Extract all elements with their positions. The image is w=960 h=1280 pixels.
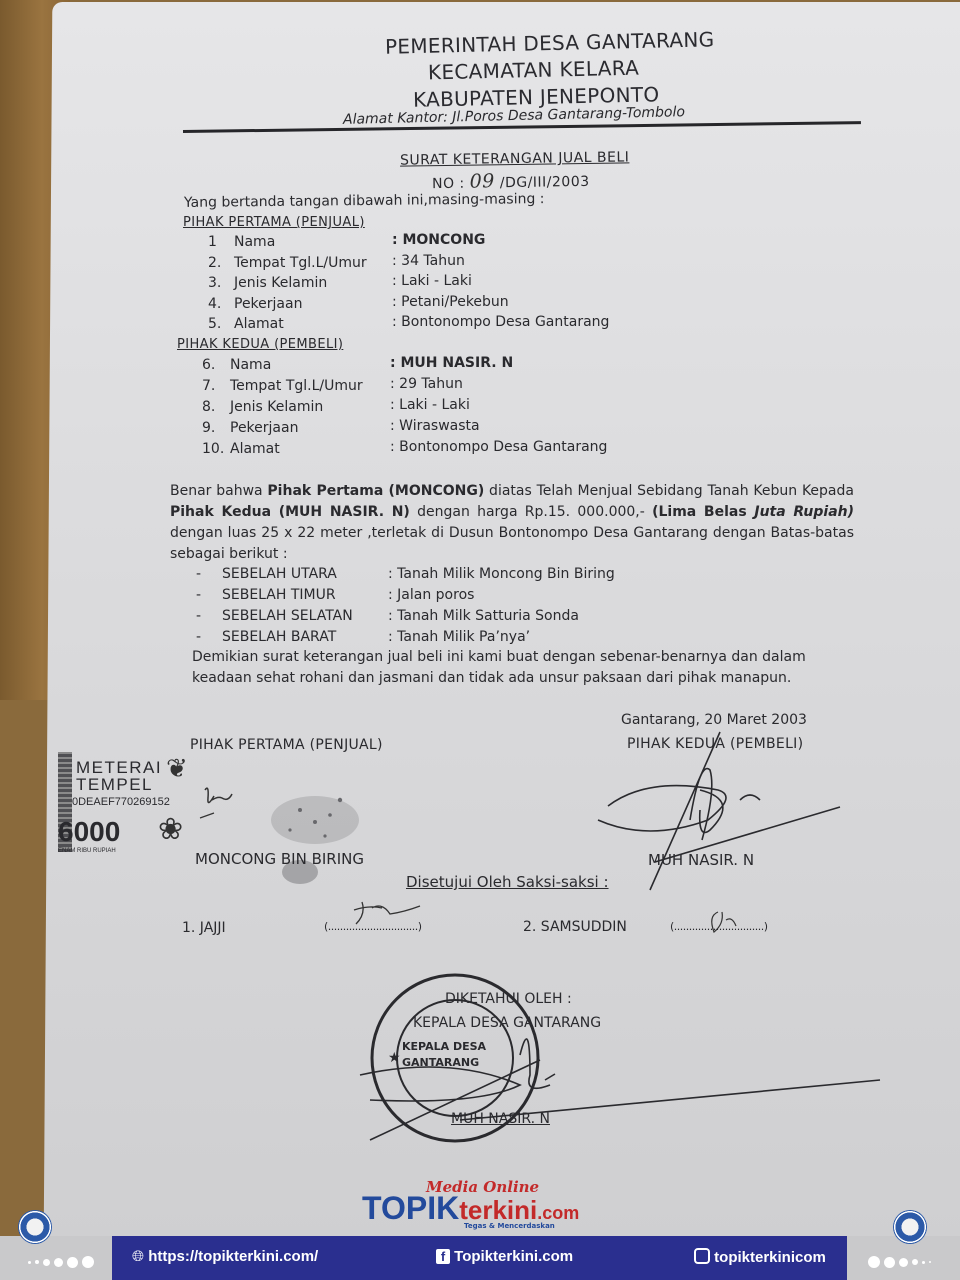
known-by: DIKETAHUI OLEH : — [445, 991, 572, 1007]
footer-website-label: https://topikterkini.com/ — [148, 1248, 318, 1265]
instagram-icon — [694, 1248, 710, 1264]
witness-1-label: 1. JAJJI — [182, 920, 226, 936]
witness-2-label: 2. SAMSUDDIN — [523, 919, 627, 935]
head-title: KEPALA DESA GANTARANG — [413, 1015, 601, 1031]
watermark-brand-b: terkini — [459, 1195, 537, 1225]
svg-text:★: ★ — [388, 1050, 401, 1066]
thumbprint — [271, 796, 359, 884]
witness-1-blank: (..............................) — [324, 920, 421, 933]
globe-icon: 🌐︎ — [132, 1248, 144, 1265]
watermark-brand-a: TOPIK — [362, 1190, 459, 1226]
footer-dots-left — [28, 1256, 94, 1268]
footer-website[interactable]: 🌐︎ https://topikterkini.com/ — [132, 1248, 318, 1265]
footer-facebook-label: Topikterkini.com — [454, 1248, 573, 1265]
footer-instagram-label: topikterkinicom — [714, 1249, 826, 1266]
witness-2-blank: (..............................) — [670, 920, 767, 933]
topikterkini-badge-icon — [18, 1210, 52, 1244]
topikterkini-badge-icon — [893, 1210, 927, 1244]
handwriting-layer: ★ — [0, 0, 960, 1280]
watermark-brand-c: .com — [537, 1203, 579, 1223]
facebook-icon: f — [436, 1249, 450, 1264]
first-party-name: MONCONG BIN BIRING — [195, 850, 364, 868]
witness-heading: Disetujui Oleh Saksi-saksi : — [406, 873, 609, 891]
footer-dots-right — [868, 1256, 931, 1268]
footer-bar: 🌐︎ https://topikterkini.com/ f Topikterk… — [112, 1236, 847, 1280]
seller-signature — [205, 788, 232, 802]
second-party-name: MUH NASIR. N — [648, 851, 754, 869]
seal-center-line-1: KEPALA DESA — [402, 1040, 486, 1053]
watermark-slogan: Tegas & Mencerdaskan — [464, 1222, 555, 1230]
footer-instagram[interactable]: topikterkinicom — [694, 1248, 826, 1266]
village-head-signature — [360, 1039, 880, 1140]
seal-center-line-2: GANTARANG — [402, 1056, 479, 1069]
head-name: MUH NASIR. N — [451, 1111, 550, 1127]
footer-facebook[interactable]: f Topikterkini.com — [436, 1248, 573, 1265]
